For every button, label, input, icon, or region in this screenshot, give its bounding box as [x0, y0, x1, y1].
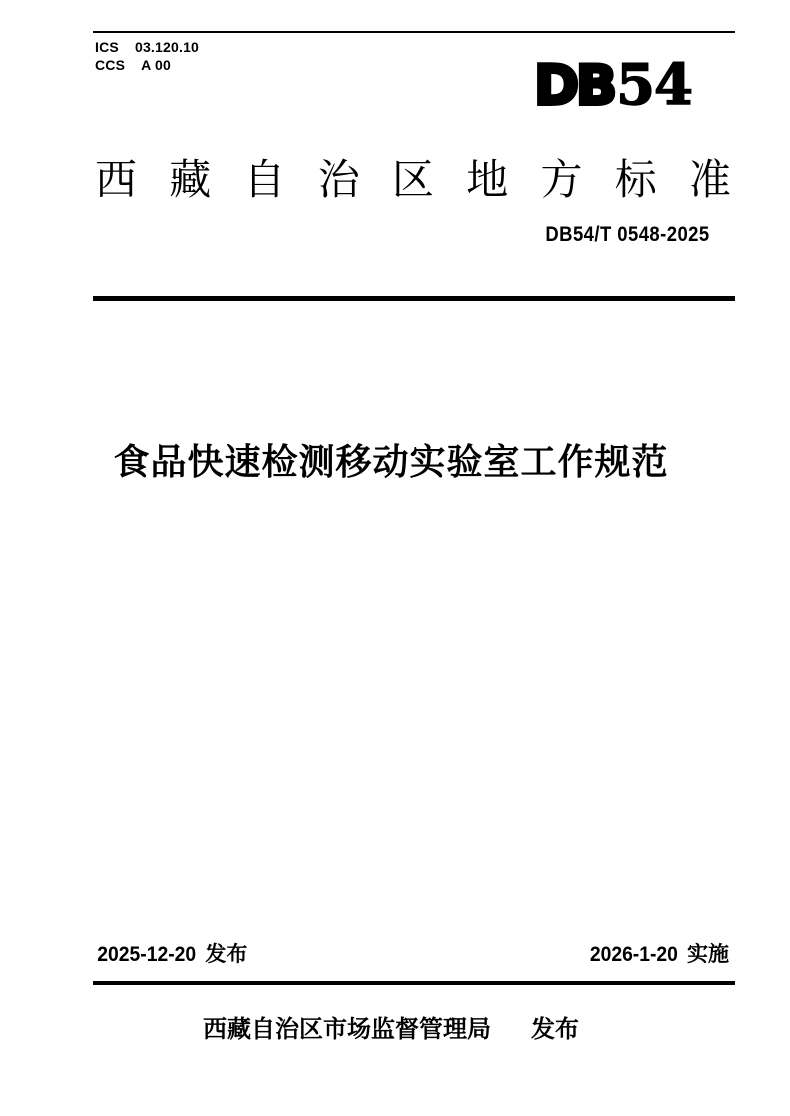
standard-category-title: 西藏自治区地方标准 [95, 158, 731, 202]
issue-date-block: 2025-12-20发布 [93, 938, 247, 968]
publisher-action: 发布 [531, 1016, 579, 1043]
issue-label: 发布 [205, 943, 247, 966]
classification-codes: ICS03.120.10 CCSA 00 [95, 38, 199, 74]
ccs-code: CCSA 00 [95, 56, 199, 74]
implement-label: 实施 [687, 943, 729, 966]
publisher-line: 西藏自治区市场监督管理局发布 [0, 1009, 782, 1044]
document-title: 食品快速检测移动实验室工作规范 [0, 434, 782, 485]
ccs-label: CCS [95, 57, 125, 73]
header-rule [93, 296, 735, 301]
ccs-value: A 00 [141, 57, 171, 73]
top-rule [93, 31, 735, 33]
implement-date-block: 2026-1-20实施 [586, 938, 729, 968]
db54-logo-number: 54 [616, 52, 692, 118]
publisher-name: 西藏自治区市场监督管理局 [203, 1016, 491, 1043]
dates-row: 2025-12-20发布 2026-1-20实施 [93, 938, 729, 968]
ics-value: 03.120.10 [135, 39, 199, 55]
db54-logo: DB54 [534, 57, 692, 113]
ics-label: ICS [95, 39, 119, 55]
footer-rule [93, 981, 735, 985]
ics-code: ICS03.120.10 [95, 38, 199, 56]
standard-number: DB54/T 0548-2025 [546, 223, 710, 247]
issue-date: 2025-12-20 [97, 943, 196, 967]
standard-cover-page: ICS03.120.10 CCSA 00 DB54 西藏自治区地方标准 DB54… [0, 0, 790, 1116]
implement-date: 2026-1-20 [590, 943, 678, 967]
db54-logo-db: DB [534, 54, 614, 117]
